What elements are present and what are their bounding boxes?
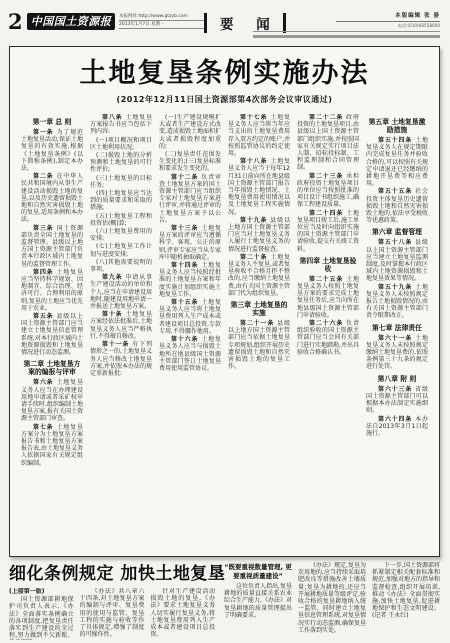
- article-number-lead: 第十一条: [102, 341, 132, 348]
- article-paragraph: 第一条 为了规范土地复垦活动,保证土地复垦的有效实施,根据《土地复垦条例》(以下…: [21, 129, 83, 172]
- main-article-subtitle: (2012年12月11日国土资源部第4次部务会议审议通过): [10, 94, 439, 105]
- header-rule-thin: [253, 31, 440, 32]
- article-paragraph: 第五十八条 县级以上国土资源主管部门应当建立土地复垦监测制度,及时掌握本行政区域…: [366, 239, 428, 282]
- article-paragraph: 第六十四条 本办法自2013年3月1日起施行。: [366, 416, 428, 438]
- article-paragraph: 第五十四条 土地复垦义务人在规定期限内完成复垦任务并验收合格的,可以按照有关规定…: [366, 137, 428, 187]
- article-paragraph: 第十二条 负责审查土地复垦方案的国土资源主管部门应当组织专家对土地复垦方案进行评…: [159, 174, 221, 224]
- date-line: 2013年1月7日 星期一: [119, 21, 205, 29]
- article-paragraph: (七)土地复垦工作计划与进度安排;: [90, 243, 152, 257]
- article-number-lead: 第二条: [33, 173, 56, 180]
- text-column: (上接第一版)国土资源部耕地保护司负责人表示,《办法》全面落实条例确立的各项制度…: [9, 588, 74, 640]
- article-paragraph: 第十条 土地复垦方案经依法批准后,土地复垦义务人应当严格执行,不得擅自修改。: [90, 311, 152, 340]
- article-number-lead: 第四条: [33, 269, 56, 276]
- article-number-lead: 第十四条: [171, 262, 201, 269]
- article-paragraph: 第十七条 土地复垦义务人应当将当年应当支出的土地复垦费用存入双方约定的账户,并按…: [228, 114, 290, 157]
- article-number-lead: 第五十五条: [378, 188, 415, 195]
- article-number-lead: 第二十二条: [309, 114, 346, 121]
- article-paragraph: (三)土地复垦的目标任务;: [90, 175, 152, 189]
- editor-rule: [336, 21, 440, 22]
- article-number-lead: 第九条: [102, 274, 125, 281]
- text-column: 第八条 土地复垦方案报告书应当包括下列内容:(一)项目概况和项目区土地利用状况;…: [90, 114, 152, 538]
- header-right-info: 本版编辑 张 晏 电话:(010)66558000: [330, 12, 440, 29]
- bottom-article: 细化条例规定 加快土地复垦 (上接第一版)国土资源部耕地保护司负责人表示,《办法…: [9, 562, 440, 642]
- bottom-article-title: 细化条例规定 加快土地复垦: [9, 564, 215, 585]
- article-number-lead: 第十五条: [171, 299, 201, 306]
- article-paragraph: 第二十二条 政府投资的土地复垦项目,由县级以上国土资源主管部门组织实施,并按照国…: [297, 114, 359, 172]
- article-paragraph: 第十一条 有下列情形之一的,土地复垦义务人应当修改土地复垦方案,并依照本办法的规…: [90, 341, 152, 377]
- subhead-quote: “既要重视数量管理, 更要重视质量建设”: [224, 563, 292, 580]
- text-column: (一)生产建设规模扩大或者生产建设方式改变,造成损毁土地面积扩大或者损毁程度加重…: [159, 114, 221, 538]
- newspaper-page: 2 中国国土资源报 本报网址:http://www.gtzyb.com 2013…: [0, 0, 450, 643]
- main-article-title: 土地复垦条例实施办法: [10, 59, 439, 89]
- article-number-lead: 第二十条: [240, 254, 270, 261]
- bottom-right-columns: “既要重视数量管理, 更要重视质量建设”这位负责人指出,复垦耕地的质量直接关系农…: [224, 562, 440, 642]
- article-number-lead: 第五十八条: [378, 239, 415, 246]
- text-column: 第五章 土地复垦激励措施第五十四条 土地复垦义务人在规定期限内完成复垦任务并验收…: [366, 114, 428, 538]
- masthead-logo: 中国国土资源报: [27, 13, 115, 30]
- article-paragraph: 第六十三条 省级国土资源主管部门可以根据本办法制定实施细则。: [366, 386, 428, 415]
- text-column: 下一步,国土资源部将抓紧制定相关配套标准和规范,加强对地方的指导和监督检查,组织…: [372, 562, 440, 642]
- article-number-lead: 第二十五条: [309, 276, 346, 283]
- article-paragraph: 第二十条 土地复垦义务人不复垦,或者复垦验收不合格且拒不整改的,应当缴纳土地复垦…: [228, 254, 290, 297]
- article-paragraph: 第十六条 土地复垦义务人应当与损毁土地所在地县级国土资源主管部门签订土地复垦费用…: [159, 336, 221, 372]
- article-number-lead: 第十八条: [240, 158, 270, 165]
- article-number-lead: 第十九条: [240, 217, 270, 224]
- chapter-heading: 第一章 总 则: [21, 118, 83, 126]
- article-paragraph: (八)其他需要说明的事项。: [90, 259, 152, 273]
- article-paragraph: (四)土地复垦应当达到的质量要求和采取的措施;: [90, 190, 152, 212]
- article-number-lead: 第七条: [33, 424, 56, 431]
- section-label: 要 闻: [207, 13, 283, 33]
- text-column: 针对生产建设活动损毁土地的复垦,《办法》要求土地复垦义务人切实履行复垦义务,将土…: [150, 588, 215, 640]
- article-paragraph: 第二十六条 负责组织验收的国土资源主管部门应当会同有关部门进行实地踏勘,并出具验…: [297, 320, 359, 356]
- article-paragraph: 第九条 申请从事生产建设活动的单位和个人,应当在申请建设用地时,随建设用地申请一…: [90, 274, 152, 310]
- text-column: 第二十二条 政府投资的土地复垦项目,由县级以上国土资源主管部门组织实施,并按照国…: [297, 114, 359, 538]
- article-paragraph: 第五十九条 土地复垦义务人未按照规定报告土地损毁情况的,由有关国土资源主管部门责…: [366, 284, 428, 320]
- article-number-lead: 第十二条: [171, 174, 201, 181]
- article-paragraph: (二)复垦责任范围发生变化的;(三)复垦标准和要求发生变化的。: [159, 151, 221, 173]
- article-paragraph: 第十四条 土地复垦义务人应当按照经批准的土地复垦方案和年度实施计划组织实施土地复…: [159, 262, 221, 298]
- article-number-lead: 第二十四条: [309, 210, 346, 217]
- chapter-heading: 第二章 土地复垦方案的编报与评审: [21, 360, 83, 376]
- article-number-lead: 第六十四条: [378, 416, 415, 423]
- article-number-lead: 第六条: [33, 379, 56, 386]
- article-number-lead: 第五十九条: [378, 284, 415, 291]
- article-paragraph: 第五十五条 社会投资主体复垦历史遗留损毁土地和自然灾害损毁土地的,依法享受税收等…: [366, 188, 428, 224]
- article-number-lead: 第二十三条: [309, 173, 346, 180]
- article-paragraph: 第四条 土地复垦应当坚持科学规划、因地制宜、综合治理、经济可行、合理利用的原则,…: [21, 269, 83, 312]
- article-paragraph: 第二十三条 承担政府投资土地复垦项目的单位应当按照批准的项目设计书组织施工,确保…: [297, 173, 359, 209]
- article-number-lead: 第三条: [33, 225, 56, 232]
- chapter-heading: 第三章 土地复垦的实施: [228, 301, 290, 317]
- article-number-lead: 第十六条: [171, 336, 201, 343]
- section-label-right-bar: [283, 13, 286, 33]
- article-number-lead: 第五条: [33, 313, 56, 320]
- article-number-lead: 第五十四条: [378, 137, 415, 144]
- article-paragraph: (六)土地复垦费用的安排;: [90, 228, 152, 242]
- article-number-lead: 第十七条: [240, 114, 270, 121]
- text-column: 第一章 总 则第一条 为了规范土地复垦活动,保证土地复垦的有效实施,根据《土地复…: [21, 114, 83, 538]
- chapter-heading: 第四章 土地复垦验收: [297, 257, 359, 273]
- main-article-box: 土地复垦条例实施办法 (2012年12月11日国土资源部第4次部务会议审议通过)…: [9, 46, 440, 557]
- article-paragraph: 下一步,国土资源部将抓紧制定相关配套标准和规范,加强对地方的指导和监督检查,组织…: [372, 562, 440, 620]
- article-number-lead: 第六十一条: [378, 335, 415, 342]
- article-number-lead: 第六十三条: [378, 386, 415, 393]
- article-number-lead: 第十三条: [171, 225, 201, 232]
- bottom-left-columns: (上接第一版)国土资源部耕地保护司负责人表示,《办法》全面落实条例确立的各项制度…: [9, 588, 215, 640]
- continued-note: (上接第一版): [9, 588, 74, 595]
- text-column: 《办法》规定,复垦为农用地的,应当持续采取培肥改良等措施改善土壤质量;复垦为耕地…: [298, 562, 366, 642]
- article-paragraph: 第二条 在中华人民共和国境内从事生产建设活动损毁土地的复垦,以及历史遗留损毁土地…: [21, 173, 83, 223]
- article-paragraph: 第二十一条 县级以上地方国土资源主管部门应当依据土地复垦专项规划,组织开展历史遗…: [228, 320, 290, 370]
- article-paragraph: 第十三条 土地复垦方案的评审应当遵循科学、客观、公正的原则,评审专家应当从专家库…: [159, 225, 221, 261]
- editor-line: 本版编辑 张 晏: [330, 12, 440, 20]
- main-article-columns: 第一章 总 则第一条 为了规范土地复垦活动,保证土地复垦的有效实施,根据《土地复…: [21, 114, 428, 538]
- article-paragraph: 《办法》共八章六十四条,对土地复垦方案的编制与评审、复垦费用的使用与监管、复垦工…: [80, 588, 145, 638]
- chapter-heading: 第五章 土地复垦激励措施: [366, 118, 428, 134]
- article-paragraph: (一)项目概况和项目区土地利用状况;: [90, 137, 152, 151]
- article-paragraph: 第三条 国土资源部负责全国土地复垦的监督管理。县级以上地方国土资源主管部门负责本…: [21, 225, 83, 268]
- article-paragraph: 第十五条 土地复垦义务人应当将土地复垦费用列入生产成本或者建设项目总投资,专款专…: [159, 299, 221, 335]
- article-paragraph: 第五条 县级以上国土资源主管部门应当建立土地复垦信息管理系统,对本行政区域内土地…: [21, 313, 83, 356]
- chapter-heading: 第七章 法律责任: [366, 324, 428, 332]
- page-header: 2 中国国土资源报 本报网址:http://www.gtzyb.com 2013…: [0, 0, 450, 46]
- article-paragraph: 第六十一条 土地复垦义务人未按照规定缴纳土地复垦费的,依照条例第三十九条的规定进…: [366, 335, 428, 371]
- chapter-heading: 第六章 监督管理: [366, 228, 428, 236]
- article-paragraph: (一)生产建设规模扩大或者生产建设方式改变,造成损毁土地面积扩大或者损毁程度加重…: [159, 114, 221, 150]
- text-column: 第十七条 土地复垦义务人应当将当年应当支出的土地复垦费用存入双方约定的账户,并按…: [228, 114, 290, 538]
- article-paragraph: 第二十四条 土地复垦项目竣工后,施工单位应当及时向组织实施的国土资源主管部门申请…: [297, 210, 359, 253]
- contact-line: 电话:(010)66558000: [330, 23, 440, 29]
- website-line: 本报网址:http://www.gtzyb.com: [119, 13, 205, 21]
- article-paragraph: 第七条 土地复垦方案分为土地复垦方案报告书和土地复垦方案报告表,由土地复垦义务人…: [21, 424, 83, 467]
- header-rule-thick: [253, 35, 440, 38]
- article-paragraph: 这位负责人指出,复垦耕地的质量直接关系农业综合生产能力,《办法》对复垦耕地的质量…: [224, 583, 292, 619]
- article-number-lead: 第八条: [102, 114, 125, 121]
- article-number-lead: 第二十六条: [309, 320, 346, 327]
- text-column: 《办法》共八章六十四条,对土地复垦方案的编制与评审、复垦费用的使用与监管、复垦工…: [80, 588, 145, 640]
- article-number-lead: 第二十一条: [240, 320, 277, 327]
- article-number-lead: 第十条: [102, 311, 125, 318]
- text-column: “既要重视数量管理, 更要重视质量建设”这位负责人指出,复垦耕地的质量直接关系农…: [224, 562, 292, 642]
- page-number: 2: [8, 9, 23, 34]
- bottom-article-left: 细化条例规定 加快土地复垦 (上接第一版)国土资源部耕地保护司负责人表示,《办法…: [9, 562, 215, 642]
- masthead-info: 本报网址:http://www.gtzyb.com 2013年1月7日 星期一: [119, 13, 205, 29]
- chapter-heading: 第八章 附 则: [366, 375, 428, 383]
- article-paragraph: 第十八条 土地复垦义务人应当于每年12月31日前向所在地县级国土资源主管部门报告…: [228, 158, 290, 216]
- article-paragraph: 《办法》规定,复垦为农用地的,应当持续采取培肥改良等措施改善土壤质量;复垦为耕地…: [298, 562, 366, 634]
- article-paragraph: (二)损毁土地的分析预测和土地复垦的可行性评价;: [90, 152, 152, 174]
- article-paragraph: 国土资源部耕地保护司负责人表示,《办法》全面落实条例确立的各项制度,把复垦责任落…: [9, 596, 74, 640]
- article-paragraph: 第六条 土地复垦义务人应当在办理建设用地申请或者采矿权申请手续时,组织编制土地复…: [21, 379, 83, 422]
- article-paragraph: 第八条 土地复垦方案报告书应当包括下列内容:: [90, 114, 152, 136]
- article-paragraph: 第二十五条 土地复垦义务人按照土地复垦方案的要求完成土地复垦任务后,应当向所在地…: [297, 276, 359, 319]
- article-paragraph: 第十九条 县级以上地方国土资源主管部门应当对土地复垦义务人履行土地复垦义务的情况…: [228, 217, 290, 253]
- article-paragraph: 针对生产建设活动损毁土地的复垦,《办法》要求土地复垦义务人切实履行复垦义务,将土…: [150, 588, 215, 638]
- article-paragraph: (五)土地复垦工程和投资估(概)算;: [90, 213, 152, 227]
- article-number-lead: 第一条: [33, 129, 56, 136]
